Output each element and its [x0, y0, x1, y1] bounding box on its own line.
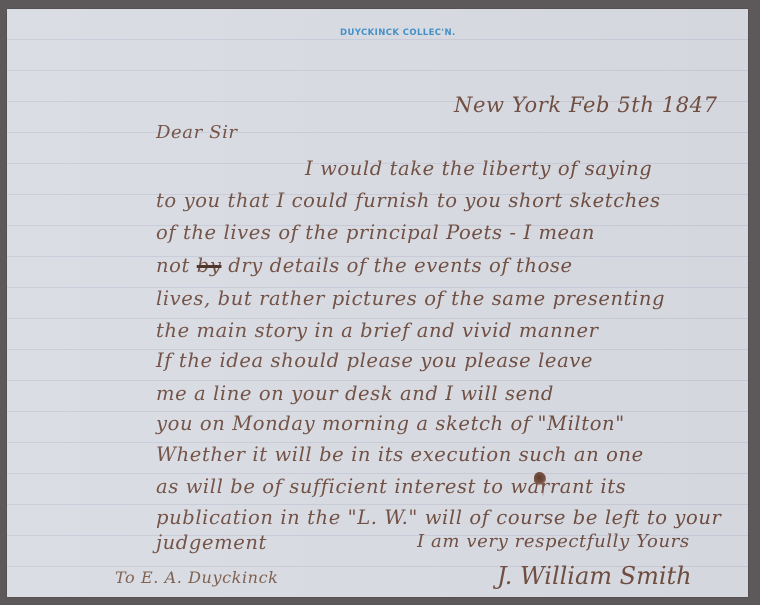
body-line: Whether it will be in its execution such… [156, 443, 644, 466]
dateline: New York Feb 5th 1847 [454, 93, 718, 117]
collection-stamp: DUYCKINCK COLLEC'N. [340, 28, 456, 38]
body-line-lead: not [156, 254, 197, 277]
body-line: as will be of sufficient interest to war… [156, 475, 626, 498]
body-line: publication in the "L. W." will of cours… [156, 506, 721, 529]
body-line-text: dry details of the events of those [228, 254, 572, 277]
struck-word: by [197, 254, 222, 277]
body-line: the main story in a brief and vivid mann… [156, 319, 599, 342]
ink-drip [542, 483, 544, 497]
closing: I am very respectfully Yours [417, 531, 690, 552]
body-line: not by dry details of the events of thos… [156, 254, 573, 277]
body-line: me a line on your desk and I will send [156, 382, 554, 405]
body-line: If the idea should please you please lea… [156, 349, 593, 372]
body-line: of the lives of the principal Poets - I … [156, 221, 595, 244]
body-line: to you that I could furnish to you short… [156, 189, 661, 212]
addressee: To E. A. Duyckinck [115, 568, 278, 587]
body-line: judgement [156, 531, 267, 554]
ink-blot [534, 472, 546, 486]
body-line: lives, but rather pictures of the same p… [156, 287, 665, 310]
signature: J. William Smith [497, 562, 692, 590]
salutation: Dear Sir [156, 122, 238, 143]
letter-page: DUYCKINCK COLLEC'N. New York Feb 5th 184… [7, 9, 748, 597]
body-line: I would take the liberty of saying [305, 157, 652, 180]
body-line: you on Monday morning a sketch of "Milto… [156, 412, 625, 435]
